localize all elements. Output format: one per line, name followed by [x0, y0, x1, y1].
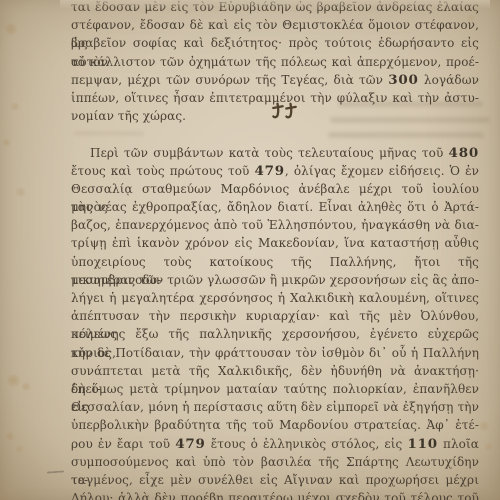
text-line: βραβεῖον σοφίας καὶ δεξιότητος· πρὸς τού…	[71, 34, 479, 52]
text-line: συμποσούμενος καὶ ὑπὸ τὸν βασιλέα τῆς Σπ…	[71, 453, 479, 471]
foxing-stain	[21, 382, 31, 391]
bold-number: 479	[254, 163, 284, 179]
text-line: ἔτους καὶ τοὺς πρώτους τοῦ 479, ὀλίγας ἔ…	[71, 162, 479, 180]
text-line: ται ἔδοσαν μὲν εἰς τὸν Εὐρυβιάδην ὡς βρα…	[71, 0, 479, 16]
foxing-stain	[2, 138, 11, 147]
foxing-stain	[6, 374, 21, 387]
text-line: ὑπερβολικὴν βραδύτητα τῆς τοῦ Μαρδονίου …	[71, 416, 479, 434]
bold-number: 479	[175, 436, 205, 452]
bold-number: 480	[449, 145, 479, 161]
text-line: Περὶ τῶν συμβάντων κατὰ τοὺς τελευταίους…	[71, 144, 479, 162]
paragraph-gap	[71, 125, 479, 143]
text-line: Δήλου· ἀλλὰ δὲν προέβη περαιτέρω μέχρι σ…	[71, 489, 479, 500]
foxing-stain	[5, 432, 15, 441]
text-line: τὸ κάλλιστον τῶν ὀχημάτων τῆς πόλεως καὶ…	[71, 53, 479, 71]
handwritten-ink-mark	[270, 100, 303, 122]
foxing-stain	[15, 187, 26, 197]
scanned-page: ται ἔδοσαν μὲν εἰς τὸν Εὐρυβιάδην ὡς βρα…	[0, 0, 500, 500]
text-line: τικωτέρας τῶν τριῶν γλωσσῶν ἢ μικρῶν χερ…	[71, 271, 479, 289]
foxing-stain	[10, 102, 20, 111]
text-line: δὴ ὅμως μετὰ τρίμηνον ματαίαν ταύτης πολ…	[71, 380, 479, 398]
text-line: στέφανον, ἔδοσαν δὲ καὶ εἰς τὸν Θεμιστοκ…	[71, 16, 479, 34]
text-line: κειμένης ἔξω τῆς παλληνικῆς χερσονήσου, …	[71, 325, 479, 343]
foxing-stain	[478, 421, 490, 431]
foxing-stain	[484, 443, 493, 451]
paragraph-main: Περὶ τῶν συμβάντων κατὰ τοὺς τελευταίους…	[71, 144, 479, 500]
text-line: τὴν δὲ Ποτίδαιαν, τὴν φράττουσαν τὸν ἰσθ…	[71, 344, 479, 362]
text-line: ταγμένος, εἶχε μὲν συνέλθει εἰς Αἴγιναν …	[71, 471, 479, 489]
foxing-stain	[4, 23, 18, 35]
bold-number: 110	[407, 436, 437, 452]
text-line: ὑποχειρίους τοὺς κατοίκους τῆς Παλλήνης,…	[71, 253, 479, 271]
text-line: λήγει ἡ μεγαλητέρα χερσόνησος ἡ Χαλκιδικ…	[71, 289, 479, 307]
text-block: ται ἔδοσαν μὲν εἰς τὸν Εὐρυβιάδην ὡς βρα…	[71, 0, 479, 500]
text-line: βαζος, ἐπανερχόμενος ἀπὸ τοῦ Ἑλλησπόντου…	[71, 216, 479, 234]
text-line: συνάπτεται μετὰ τῆς Χαλκιδικῆς, δὲν ἠδυν…	[71, 362, 479, 380]
foxing-stain	[15, 445, 24, 453]
text-line: ρου ἐν ἔαρι τοῦ 479 ἔτους ὁ ἑλληνικὸς στ…	[71, 435, 479, 453]
text-line: ἀπέπτυσαν τὴν περσικὴν κυριαρχίαν· καὶ τ…	[71, 307, 479, 325]
text-line: Θεσσαλίαν, μόνη ἡ περίστασις αὕτη δὲν εἰ…	[71, 398, 479, 416]
text-line: τὰς νέας ἐχθροπραξίας, ἄδηλον διατί. Εἶν…	[71, 198, 479, 216]
text-line: Θεσσαλίᾳ σταθμεύων Μαρδόνιος ἀνέβαλε μέχ…	[71, 180, 479, 198]
pencil-dash-mark	[47, 470, 64, 473]
text-line: πεμψαν, μέχρι τῶν συνόρων τῆς Τεγέας, δι…	[71, 71, 479, 89]
bold-number: 300	[388, 72, 418, 88]
text-line: τρίψῃ ἐπὶ ἱκανὸν χρόνον εἰς Μακεδονίαν, …	[71, 234, 479, 252]
